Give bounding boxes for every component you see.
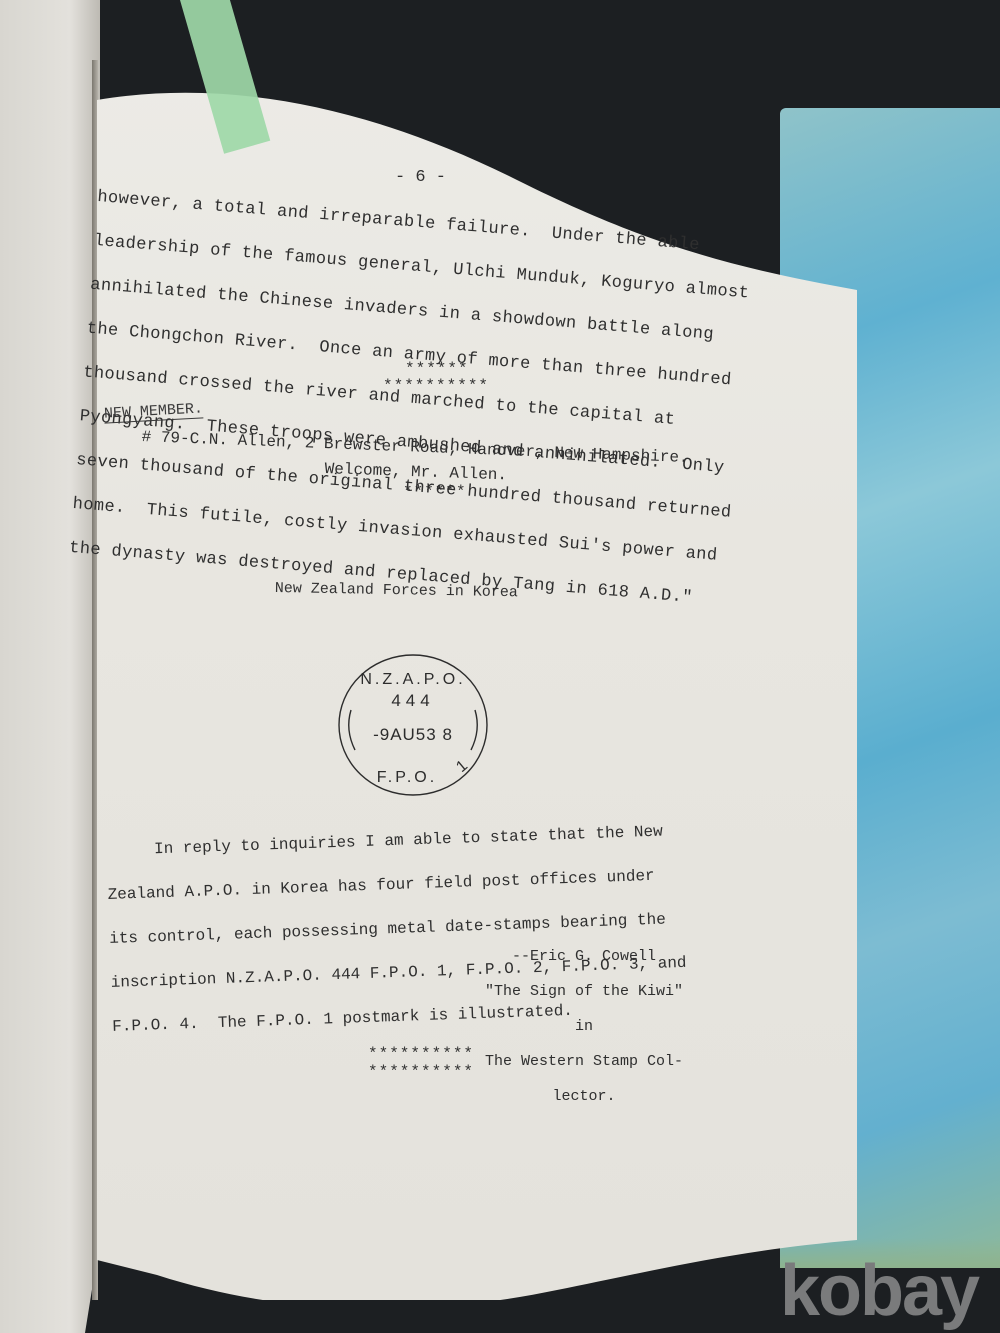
- attribution-line: "The Sign of the Kiwi": [485, 983, 683, 1001]
- separator: ******: [403, 483, 467, 501]
- attribution-line: The Western Stamp Col-: [485, 1053, 683, 1071]
- postmark-bottom-text: F.P.O.: [377, 769, 437, 786]
- separator: ******: [405, 360, 469, 378]
- postmark-stamp: N.Z.A.P.O. 444 -9AU53 8 F.P.O. 1: [333, 650, 493, 800]
- separator: **********: [368, 1063, 474, 1081]
- attribution-line: --Eric G. Cowell: [485, 948, 683, 966]
- article-attribution: --Eric G. Cowell "The Sign of the Kiwi" …: [485, 930, 683, 1123]
- postmark-number: 444: [391, 691, 434, 710]
- separator: **********: [383, 377, 489, 395]
- postmark-date: -9AU53 8: [373, 725, 453, 744]
- left-page-edge: [0, 0, 100, 1333]
- attribution-line: lector.: [485, 1088, 683, 1106]
- text-line: Zealand A.P.O. in Korea has four field p…: [107, 864, 684, 906]
- attribution-line: in: [485, 1018, 683, 1036]
- kobay-watermark-logo: kobay: [780, 1255, 978, 1327]
- text-line: In reply to inquiries I am able to state…: [106, 820, 683, 862]
- history-paragraph: however, a total and irreparable failure…: [66, 165, 755, 634]
- postmark-office-number: 1: [453, 757, 471, 776]
- separator: **********: [368, 1045, 474, 1063]
- page-number: - 6 -: [395, 168, 446, 187]
- postmark-top-text: N.Z.A.P.O.: [360, 671, 465, 688]
